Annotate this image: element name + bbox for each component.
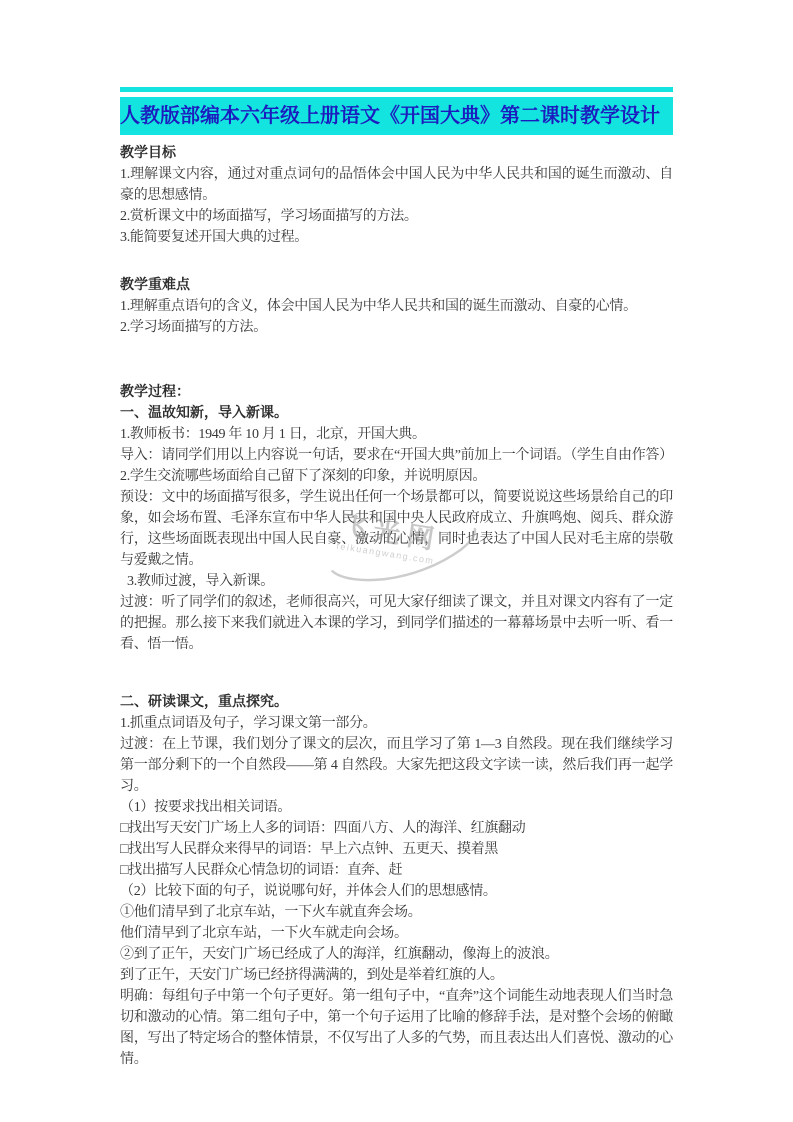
title-highlight-strip bbox=[120, 87, 673, 92]
blank-line bbox=[120, 655, 673, 692]
paragraph: 3.能简要复述开国大典的过程。 bbox=[120, 227, 673, 248]
section-heading-key-points: 教学重难点 bbox=[120, 275, 673, 296]
paragraph: 1.抓重点词语及句子，学习课文第一部分。 bbox=[120, 713, 673, 734]
paragraph: 明确：每组句子中第一个句子更好。第一组句子中，“直奔”这个词能生动地表现人们当时… bbox=[120, 986, 673, 1070]
paragraph: 过渡：听了同学们的叙述，老师很高兴，可见大家仔细读了课文，并且对课文内容有了一定… bbox=[120, 592, 673, 655]
paragraph: □找出写人民群众来得早的词语：早上六点钟、五更天、摸着黑 bbox=[120, 839, 673, 860]
paragraph: 他们清早到了北京车站，一下火车就走向会场。 bbox=[120, 923, 673, 944]
paragraph: 到了正午，天安门广场已经挤得满满的，到处是举着红旗的人。 bbox=[120, 965, 673, 986]
blank-line bbox=[120, 338, 673, 382]
subsection-heading-part2: 二、研读课文，重点探究。 bbox=[120, 692, 673, 713]
paragraph: （1）按要求找出相关词语。 bbox=[120, 797, 673, 818]
document-content: 人教版部编本六年级上册语文《开国大典》第二课时教学设计 教学目标 1.理解课文内… bbox=[120, 87, 673, 1070]
paragraph: 过渡：在上节课，我们划分了课文的层次，而且学习了第 1—3 自然段。现在我们继续… bbox=[120, 734, 673, 797]
section-heading-objectives: 教学目标 bbox=[120, 143, 673, 164]
paragraph: 3.教师过渡，导入新课。 bbox=[120, 571, 673, 592]
paragraph: 1.理解重点语句的含义，体会中国人民为中华人民共和国的诞生而激动、自豪的心情。 bbox=[120, 296, 673, 317]
document-page: 人教版部编本六年级上册语文《开国大典》第二课时教学设计 教学目标 1.理解课文内… bbox=[0, 0, 793, 1122]
blank-line bbox=[120, 248, 673, 275]
paragraph: □找出写天安门广场上人多的词语：四面八方、人的海洋、红旗翻动 bbox=[120, 818, 673, 839]
paragraph: 1.理解课文内容，通过对重点词句的品悟体会中国人民为中华人民共和国的诞生而激动、… bbox=[120, 164, 673, 206]
paragraph: □找出描写人民群众心情急切的词语：直奔、赶 bbox=[120, 860, 673, 881]
section-heading-process: 教学过程： bbox=[120, 382, 673, 403]
paragraph: ①他们清早到了北京车站，一下火车就直奔会场。 bbox=[120, 902, 673, 923]
paragraph: 预设：文中的场面描写很多，学生说出任何一个场景都可以，简要说说这些场景给自己的印… bbox=[120, 487, 673, 571]
subsection-heading-part1: 一、温故知新，导入新课。 bbox=[120, 403, 673, 424]
paragraph: 2.学习场面描写的方法。 bbox=[120, 317, 673, 338]
paragraph: 2.学生交流哪些场面给自己留下了深刻的印象，并说明原因。 bbox=[120, 466, 673, 487]
page-title: 人教版部编本六年级上册语文《开国大典》第二课时教学设计 bbox=[120, 97, 673, 135]
paragraph: （2）比较下面的句子，说说哪句好，并体会人们的思想感情。 bbox=[120, 881, 673, 902]
paragraph: ②到了正午，天安门广场已经成了人的海洋，红旗翻动，像海上的波浪。 bbox=[120, 944, 673, 965]
paragraph: 导入：请同学们用以上内容说一句话，要求在“开国大典”前加上一个词语。（学生自由作… bbox=[120, 445, 673, 466]
paragraph: 2.赏析课文中的场面描写，学习场面描写的方法。 bbox=[120, 206, 673, 227]
paragraph: 1.教师板书：1949 年 10 月 1 日，北京，开国大典。 bbox=[120, 424, 673, 445]
